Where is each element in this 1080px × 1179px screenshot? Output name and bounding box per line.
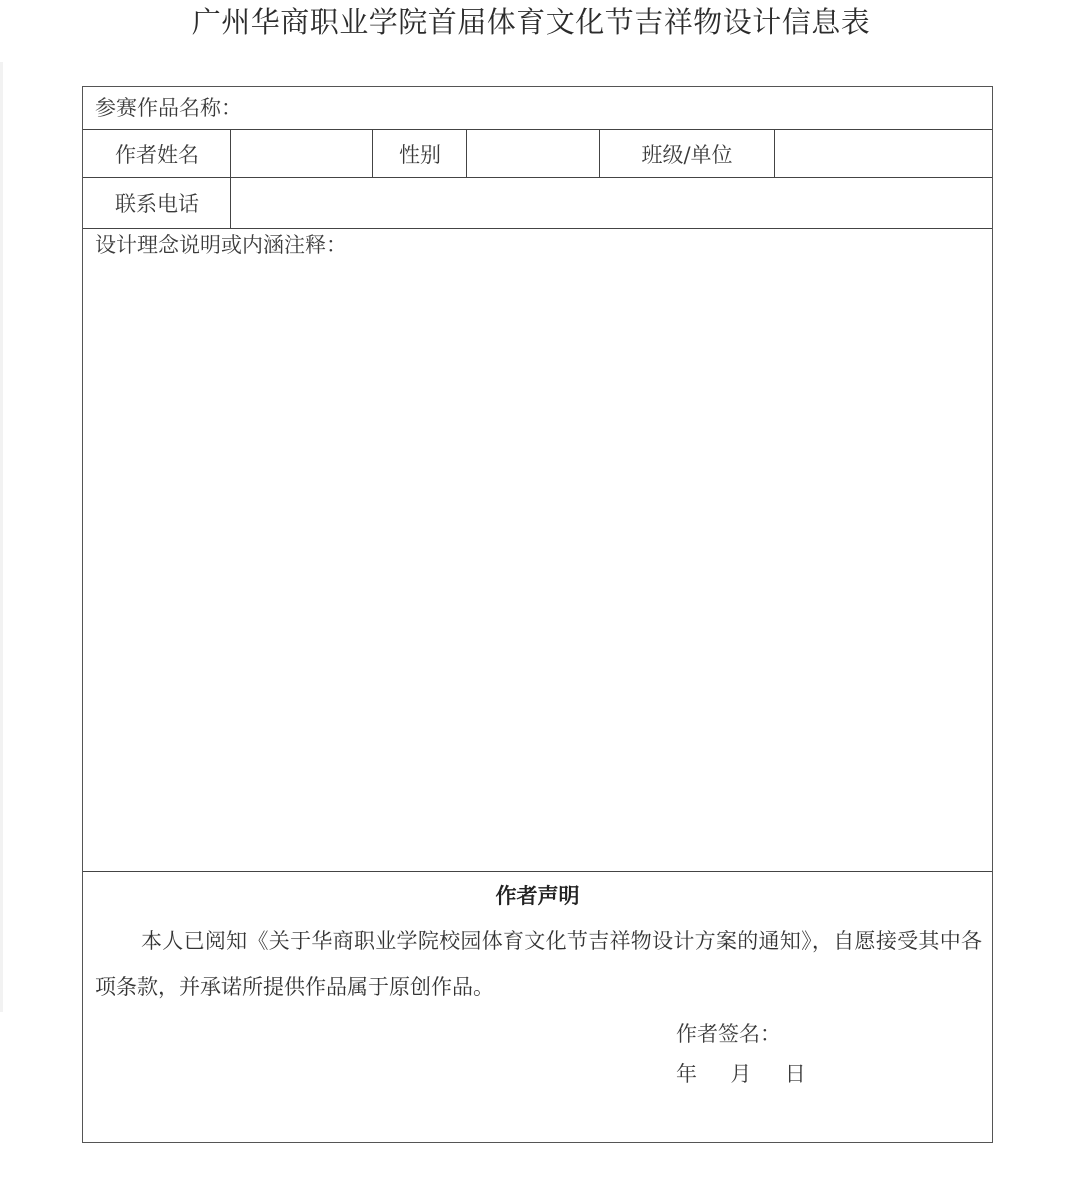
gender-label: 性别: [373, 130, 467, 178]
class-unit-label: 班级/单位: [600, 130, 774, 178]
gender-field[interactable]: [468, 130, 599, 178]
section-divider: [83, 871, 992, 872]
author-name-field[interactable]: [232, 130, 372, 178]
author-name-label: 作者姓名: [83, 130, 231, 178]
mascot-design-info-form: 参赛作品名称： 作者姓名 性别 班级/单位 联系电话 设计理念说明或内涵注释： …: [82, 86, 993, 1143]
declaration-body: 本人已阅知《关于华商职业学院校园体育文化节吉祥物设计方案的通知》，自愿接受其中各…: [95, 918, 982, 1010]
phone-label: 联系电话: [83, 178, 231, 228]
class-unit-field[interactable]: [776, 130, 989, 178]
declaration-title: 作者声明: [83, 880, 992, 910]
date-line: 年 月 日: [676, 1058, 806, 1088]
document-title: 广州华商职业学院首届体育文化节吉祥物设计信息表: [0, 2, 1062, 42]
entry-name-field[interactable]: [243, 87, 988, 129]
signature-field[interactable]: [783, 1013, 983, 1047]
signature-label: 作者签名：: [676, 1018, 781, 1048]
column-divider: [466, 130, 467, 178]
design-concept-field[interactable]: [93, 263, 988, 863]
design-concept-label: 设计理念说明或内涵注释：: [95, 231, 347, 259]
phone-field[interactable]: [232, 178, 989, 228]
column-divider: [774, 130, 775, 178]
entry-name-label: 参赛作品名称：: [95, 94, 242, 122]
row-divider: [83, 228, 992, 229]
page-edge-shadow: [0, 62, 3, 1012]
